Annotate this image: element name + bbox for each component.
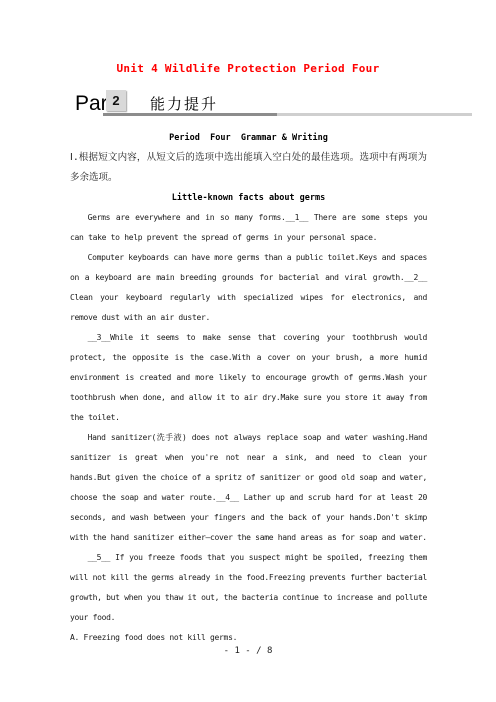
passage-paragraph: __3__While it seems to make sense that c… (70, 328, 427, 428)
header-rule-dark-segment (103, 113, 277, 116)
document-body: Period Four Grammar & Writing Ⅰ.根据短文内容，从… (70, 124, 427, 648)
part-header: Part 2 能力提升 (70, 93, 472, 123)
passage-paragraph: Computer keyboards can have more germs t… (70, 248, 427, 328)
header-rule-light-segment (277, 113, 472, 116)
passage-paragraph: __5__ If you freeze foods that you suspe… (70, 548, 427, 628)
passage-paragraph: Germs are everywhere and in so many form… (70, 208, 427, 248)
part-section-title: 能力提升 (150, 95, 218, 113)
page-number: - 1 - / 8 (0, 644, 496, 658)
instruction-text: Ⅰ.根据短文内容，从短文后的选项中选出能填入空白处的最佳选项。选项中有两项为多余… (70, 148, 427, 188)
document-title: Unit 4 Wildlife Protection Period Four (0, 60, 496, 78)
header-rule (103, 113, 472, 116)
section-heading: Period Four Grammar & Writing (70, 128, 427, 148)
document-page: Unit 4 Wildlife Protection Period Four P… (0, 0, 496, 702)
part-number-badge: 2 (106, 90, 126, 111)
passage-paragraph: Hand sanitizer(洗手液) does not always repl… (70, 428, 427, 548)
passage-title: Little-known facts about germs (70, 188, 427, 208)
